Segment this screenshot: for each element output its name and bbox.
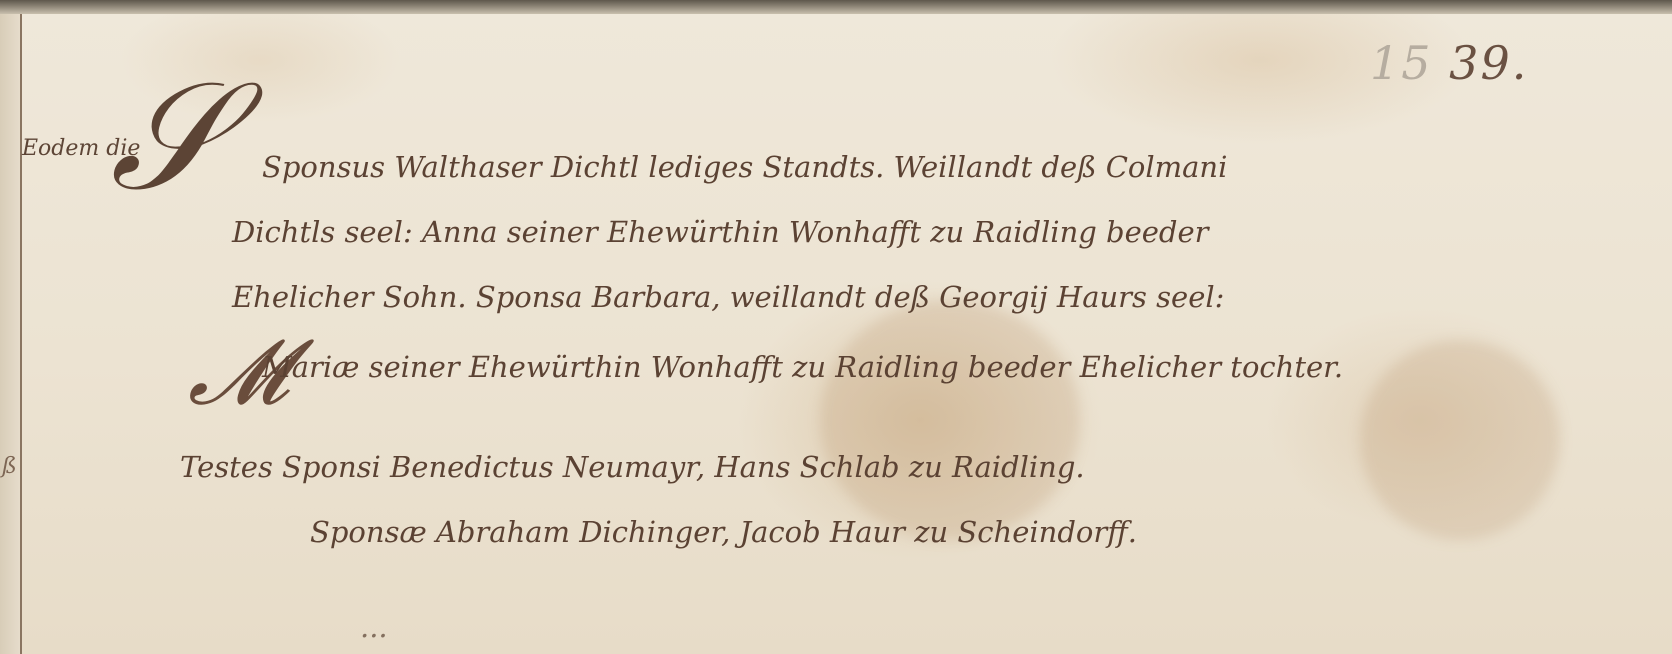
manuscript-line-5: Testes Sponsi Benedictus Neumayr, Hans S… (180, 450, 1085, 484)
initial-flourish-s: 𝒮 (110, 62, 226, 212)
water-stain (1360, 340, 1560, 540)
book-gutter: ß (0, 14, 22, 654)
manuscript-line-partial: ... (360, 610, 388, 644)
water-stain (820, 300, 1080, 540)
folio-number: 15 39. (1370, 36, 1528, 90)
manuscript-line-4: Mariæ seiner Ehewürthin Wonhafft zu Raid… (262, 350, 1343, 384)
folio-faded-prefix: 15 (1370, 36, 1433, 90)
manuscript-page: ß 15 39. Eodem die 𝒮 𝓜 Sponsus Walthaser… (0, 0, 1672, 654)
manuscript-line-3: Ehelicher Sohn. Sponsa Barbara, weilland… (232, 280, 1224, 314)
manuscript-line-2: Dichtls seel: Anna seiner Ehewürthin Won… (232, 215, 1209, 249)
folio-number-value: 39 (1449, 36, 1512, 90)
gutter-ink-mark: ß (2, 454, 17, 479)
book-top-edge (0, 0, 1672, 14)
manuscript-line-1: Sponsus Walthaser Dichtl lediges Standts… (262, 150, 1227, 184)
manuscript-line-6: Sponsæ Abraham Dichinger, Jacob Haur zu … (310, 515, 1137, 549)
